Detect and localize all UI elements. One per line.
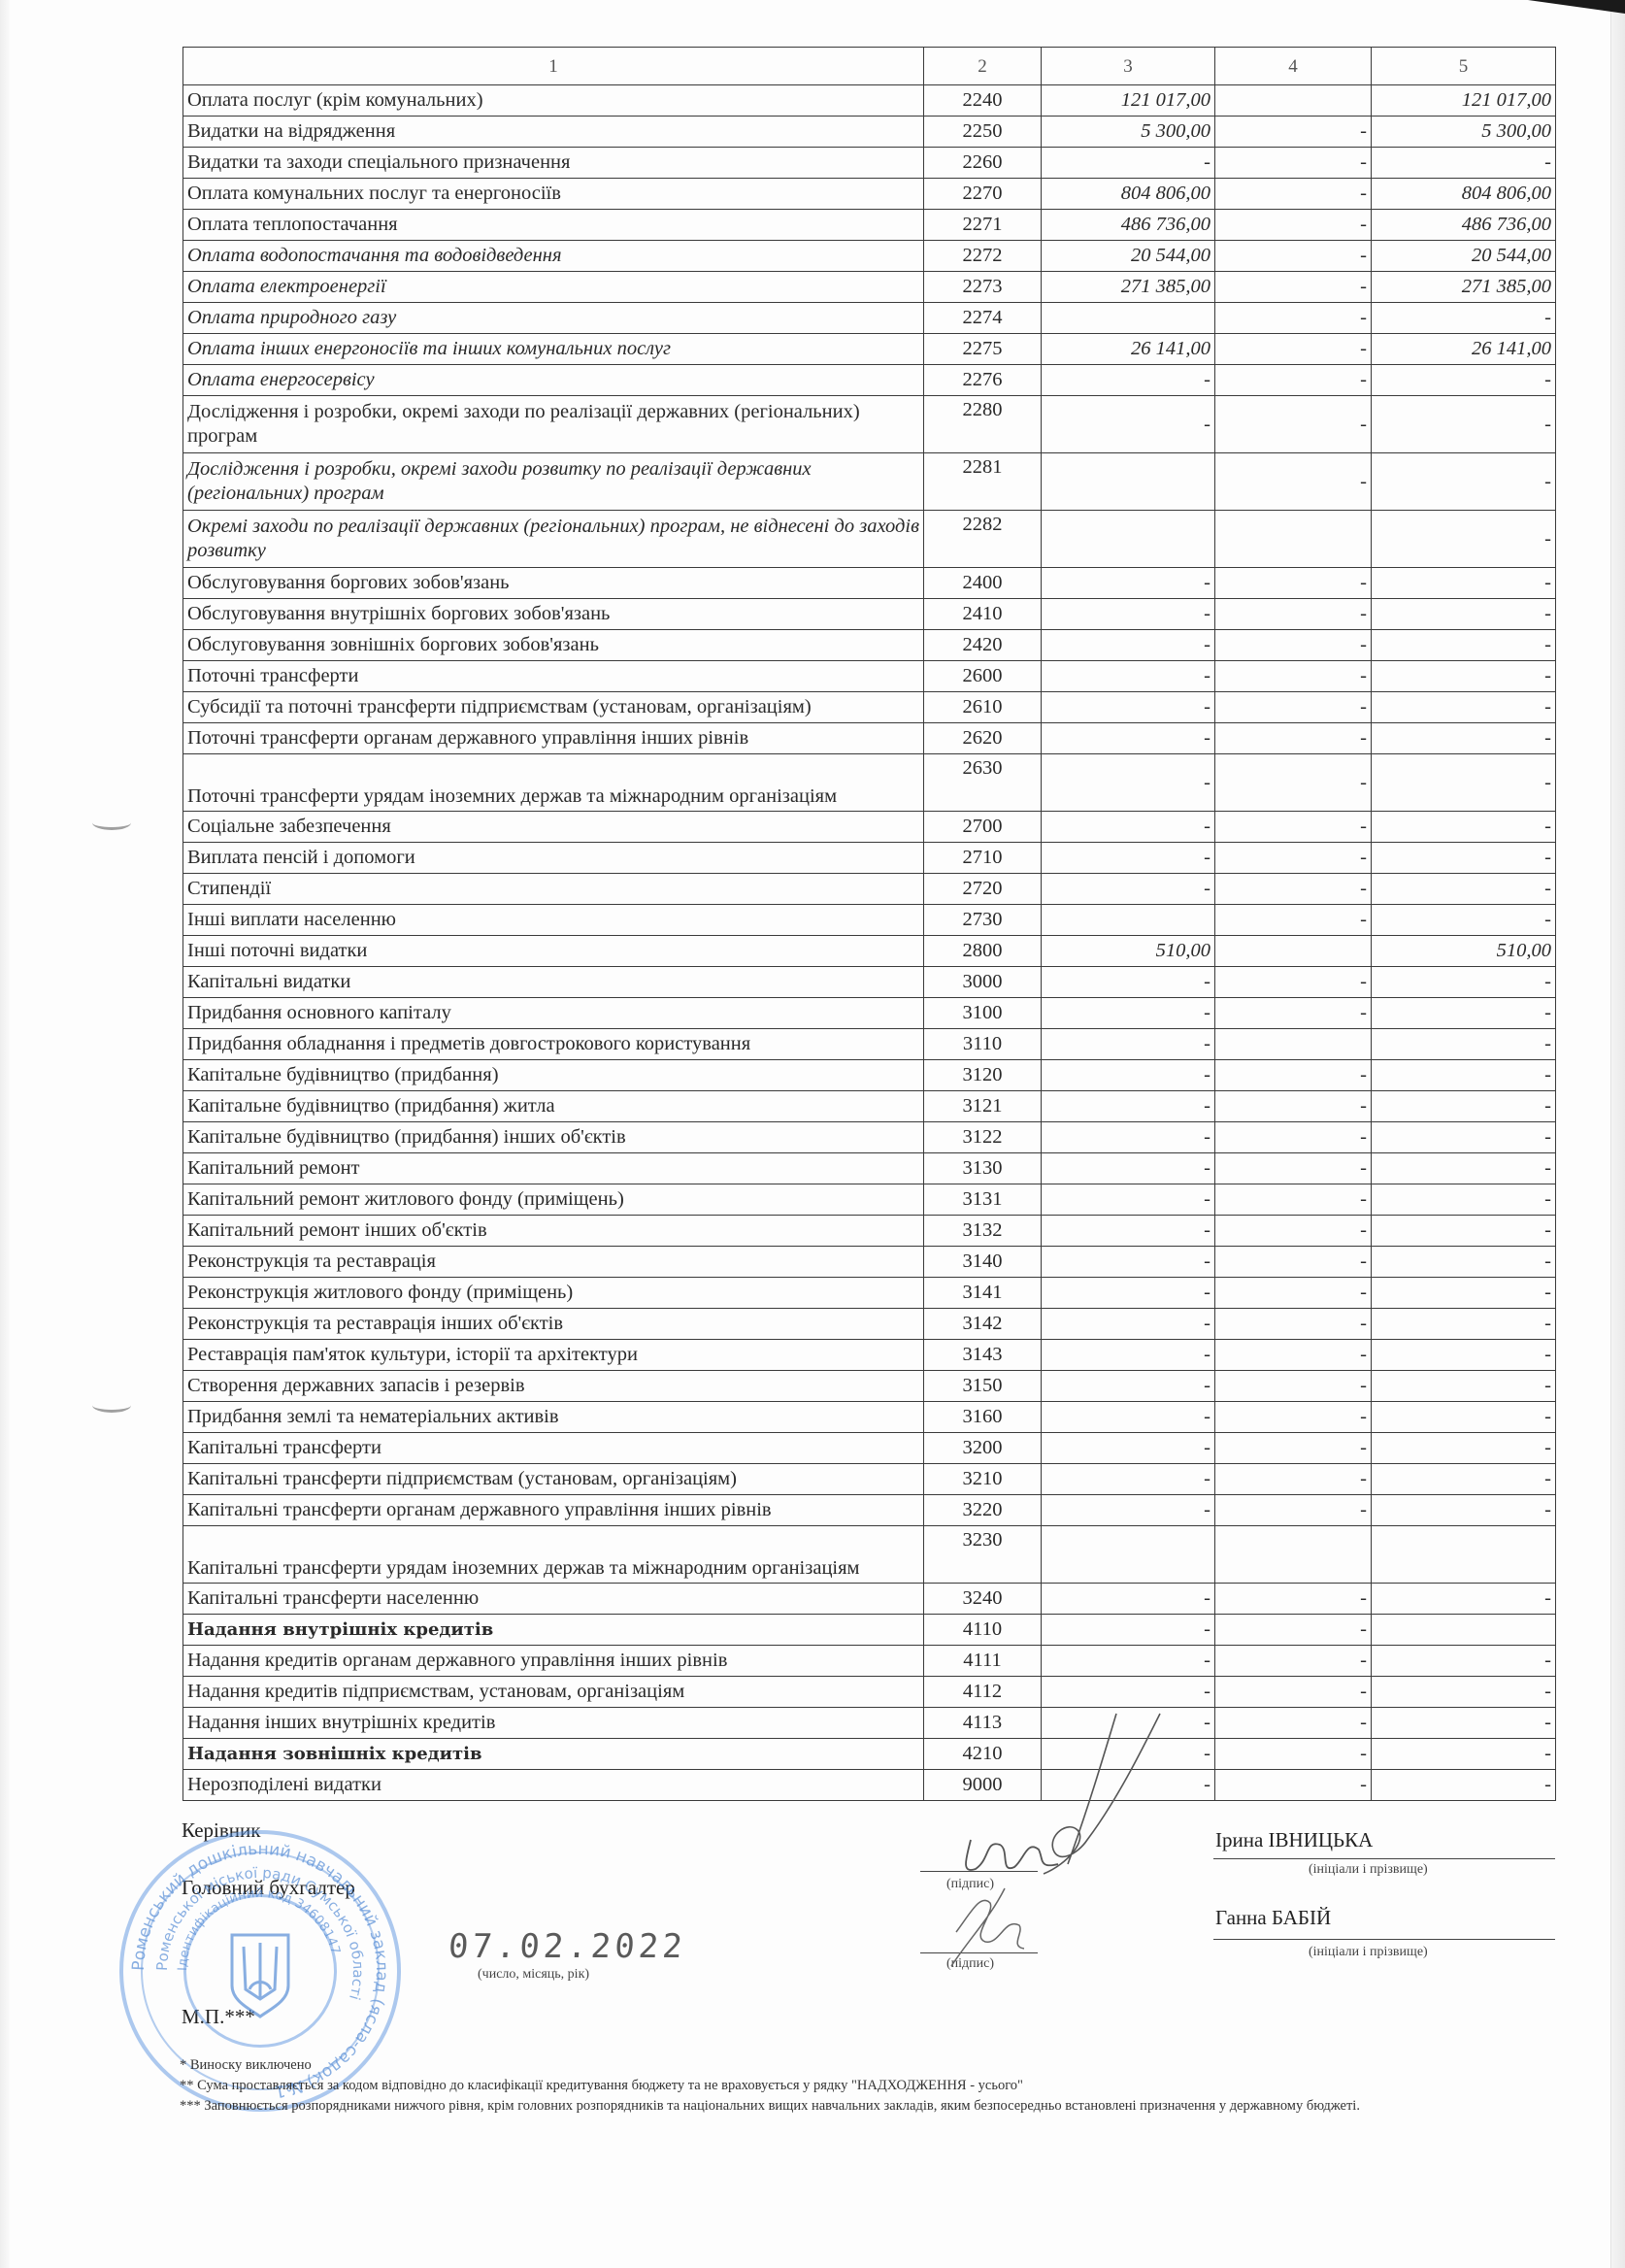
- row-value-col5: -: [1372, 1584, 1556, 1615]
- row-value-col3: -: [1042, 1309, 1215, 1340]
- row-value-col5: -: [1372, 998, 1556, 1029]
- row-value-col5: 271 385,00: [1372, 272, 1556, 303]
- row-code: 3141: [924, 1278, 1042, 1309]
- table-row: Капітальні трансферти підприємствам (уст…: [183, 1464, 1556, 1495]
- row-value-col4: -: [1215, 1495, 1372, 1526]
- column-header-1: 1: [183, 48, 924, 85]
- row-name: Капітальні трансферти населенню: [183, 1584, 924, 1615]
- table-row: Оплата теплопостачання2271486 736,00-486…: [183, 210, 1556, 241]
- row-value-col5: -: [1372, 692, 1556, 723]
- row-name: Обслуговування внутрішніх боргових зобов…: [183, 599, 924, 630]
- row-value-col4: -: [1215, 1402, 1372, 1433]
- table-row: Інші виплати населенню2730--: [183, 905, 1556, 936]
- row-value-col3: -: [1042, 1371, 1215, 1402]
- row-name: Оплата інших енергоносіїв та інших комун…: [183, 334, 924, 365]
- row-code: 4111: [924, 1646, 1042, 1677]
- row-value-col4: -: [1215, 568, 1372, 599]
- row-value-col3: -: [1042, 1091, 1215, 1122]
- row-value-col3: -: [1042, 661, 1215, 692]
- row-name: Надання інших внутрішніх кредитів: [183, 1708, 924, 1739]
- row-code: 2610: [924, 692, 1042, 723]
- row-value-col5: -: [1372, 723, 1556, 754]
- row-value-col5: -: [1372, 1708, 1556, 1739]
- row-code: 2272: [924, 241, 1042, 272]
- row-value-col3: [1042, 1526, 1215, 1584]
- row-value-col3: -: [1042, 1464, 1215, 1495]
- row-value-col5: -: [1372, 1247, 1556, 1278]
- row-code: 2274: [924, 303, 1042, 334]
- row-value-col4: -: [1215, 599, 1372, 630]
- row-name: Нерозподілені видатки: [183, 1770, 924, 1801]
- table-row: Капітальний ремонт житлового фонду (прим…: [183, 1184, 1556, 1216]
- date-handwritten: 07.02.2022: [448, 1927, 688, 1966]
- row-value-col5: -: [1372, 1739, 1556, 1770]
- row-value-col4: -: [1215, 1340, 1372, 1371]
- row-value-col4: -: [1215, 812, 1372, 843]
- row-value-col4: -: [1215, 967, 1372, 998]
- table-row: Соціальне забезпечення2700---: [183, 812, 1556, 843]
- table-row: Реконструкція та реставрація3140---: [183, 1247, 1556, 1278]
- row-value-col3: -: [1042, 1615, 1215, 1646]
- table-row: Створення державних запасів і резервів31…: [183, 1371, 1556, 1402]
- row-name: Дослідження і розробки, окремі заходи по…: [183, 396, 924, 453]
- row-value-col3: -: [1042, 754, 1215, 812]
- row-name: Капітальне будівництво (придбання): [183, 1060, 924, 1091]
- punch-mark: [92, 816, 131, 830]
- column-header-5: 5: [1372, 48, 1556, 85]
- row-value-col5: -: [1372, 1433, 1556, 1464]
- row-value-col5: -: [1372, 599, 1556, 630]
- row-value-col5: -: [1372, 396, 1556, 453]
- row-value-col4: -: [1215, 1615, 1372, 1646]
- row-value-col4: -: [1215, 1739, 1372, 1770]
- table-row: Капітальний ремонт3130---: [183, 1153, 1556, 1184]
- row-code: 2420: [924, 630, 1042, 661]
- row-value-col4: [1215, 1029, 1372, 1060]
- scan-paper-edge: [1610, 0, 1625, 2268]
- row-code: 4110: [924, 1615, 1042, 1646]
- table-row: Капітальні трансферти населенню3240---: [183, 1584, 1556, 1615]
- row-value-col4: -: [1215, 1646, 1372, 1677]
- row-value-col4: -: [1215, 723, 1372, 754]
- row-value-col3: -: [1042, 1340, 1215, 1371]
- table-row: Інші поточні видатки2800510,00510,00: [183, 936, 1556, 967]
- row-code: 2720: [924, 874, 1042, 905]
- row-value-col4: -: [1215, 1153, 1372, 1184]
- row-name: Капітальний ремонт: [183, 1153, 924, 1184]
- row-name: Обслуговування зовнішніх боргових зобов'…: [183, 630, 924, 661]
- table-row: Окремі заходи по реалізації державних (р…: [183, 511, 1556, 568]
- row-name: Створення державних запасів і резервів: [183, 1371, 924, 1402]
- row-code: 3230: [924, 1526, 1042, 1584]
- row-value-col5: -: [1372, 365, 1556, 396]
- row-code: 3130: [924, 1153, 1042, 1184]
- row-name: Придбання обладнання і предметів довгост…: [183, 1029, 924, 1060]
- table-row: Оплата енергосервісу2276---: [183, 365, 1556, 396]
- table-row: Обслуговування зовнішніх боргових зобов'…: [183, 630, 1556, 661]
- row-value-col5: -: [1372, 568, 1556, 599]
- row-code: 3132: [924, 1216, 1042, 1247]
- table-row: Нерозподілені видатки9000---: [183, 1770, 1556, 1801]
- table-row: Оплата електроенергії2273271 385,00-271 …: [183, 272, 1556, 303]
- column-header-2: 2: [924, 48, 1042, 85]
- row-value-col4: -: [1215, 905, 1372, 936]
- row-value-col4: -: [1215, 210, 1372, 241]
- accountant-name-caption: (ініціали і прізвище): [1309, 1945, 1428, 1960]
- row-value-col3: -: [1042, 843, 1215, 874]
- table-row: Поточні трансферти2600---: [183, 661, 1556, 692]
- row-value-col5: -: [1372, 1153, 1556, 1184]
- row-value-col3: -: [1042, 1153, 1215, 1184]
- table-row: Придбання обладнання і предметів довгост…: [183, 1029, 1556, 1060]
- row-value-col5: -: [1372, 967, 1556, 998]
- row-value-col3: -: [1042, 812, 1215, 843]
- table-row: Надання внутрішніх кредитів4110--: [183, 1615, 1556, 1646]
- row-value-col4: -: [1215, 998, 1372, 1029]
- row-value-col4: -: [1215, 303, 1372, 334]
- row-value-col5: -: [1372, 1091, 1556, 1122]
- row-code: 3160: [924, 1402, 1042, 1433]
- row-name: Капітальні трансферти урядам іноземних д…: [183, 1526, 924, 1584]
- row-value-col5: -: [1372, 1184, 1556, 1216]
- row-value-col4: -: [1215, 843, 1372, 874]
- row-value-col5: -: [1372, 1770, 1556, 1801]
- row-name: Капітальний ремонт житлового фонду (прим…: [183, 1184, 924, 1216]
- date-caption: (число, місяць, рік): [478, 1967, 589, 1983]
- table-row: Капітальне будівництво (придбання) житла…: [183, 1091, 1556, 1122]
- row-name: Виплата пенсій і допомоги: [183, 843, 924, 874]
- table-row: Капітальні видатки3000---: [183, 967, 1556, 998]
- row-code: 3210: [924, 1464, 1042, 1495]
- row-value-col4: -: [1215, 1122, 1372, 1153]
- row-value-col4: -: [1215, 692, 1372, 723]
- row-name: Видатки на відрядження: [183, 117, 924, 148]
- row-value-col4: -: [1215, 1309, 1372, 1340]
- row-name: Надання кредитів органам державного упра…: [183, 1646, 924, 1677]
- accountant-name-line: [1213, 1939, 1555, 1940]
- row-value-col4: -: [1215, 1060, 1372, 1091]
- table-row: Оплата послуг (крім комунальних)2240121 …: [183, 85, 1556, 117]
- row-name: Оплата природного газу: [183, 303, 924, 334]
- table-row: Обслуговування боргових зобов'язань2400-…: [183, 568, 1556, 599]
- row-value-col4: -: [1215, 365, 1372, 396]
- row-code: 3120: [924, 1060, 1042, 1091]
- row-name: Капітальне будівництво (придбання) житла: [183, 1091, 924, 1122]
- row-value-col5: [1372, 1615, 1556, 1646]
- row-value-col3: -: [1042, 365, 1215, 396]
- row-value-col5: [1372, 1526, 1556, 1584]
- row-name: Соціальне забезпечення: [183, 812, 924, 843]
- row-value-col3: 26 141,00: [1042, 334, 1215, 365]
- row-value-col3: 510,00: [1042, 936, 1215, 967]
- row-name: Інші виплати населенню: [183, 905, 924, 936]
- row-value-col5: -: [1372, 874, 1556, 905]
- row-value-col3: -: [1042, 1278, 1215, 1309]
- table-row: Придбання землі та нематеріальних активі…: [183, 1402, 1556, 1433]
- row-value-col5: -: [1372, 905, 1556, 936]
- row-value-col3: 20 544,00: [1042, 241, 1215, 272]
- row-value-col4: [1215, 936, 1372, 967]
- row-value-col3: -: [1042, 1184, 1215, 1216]
- table-row: Обслуговування внутрішніх боргових зобов…: [183, 599, 1556, 630]
- row-value-col3: -: [1042, 723, 1215, 754]
- row-value-col4: -: [1215, 754, 1372, 812]
- row-code: 2250: [924, 117, 1042, 148]
- table-row: Поточні трансферти органам державного уп…: [183, 723, 1556, 754]
- table-row: Оплата природного газу2274--: [183, 303, 1556, 334]
- table-row: Надання кредитів органам державного упра…: [183, 1646, 1556, 1677]
- row-value-col4: -: [1215, 1247, 1372, 1278]
- row-value-col5: -: [1372, 661, 1556, 692]
- table-row: Стипендії2720---: [183, 874, 1556, 905]
- row-name: Реконструкція житлового фонду (приміщень…: [183, 1278, 924, 1309]
- row-code: 2240: [924, 85, 1042, 117]
- row-value-col4: -: [1215, 453, 1372, 511]
- row-name: Оплата теплопостачання: [183, 210, 924, 241]
- row-value-col4: [1215, 85, 1372, 117]
- row-value-col5: -: [1372, 1122, 1556, 1153]
- row-value-col4: -: [1215, 661, 1372, 692]
- row-value-col5: -: [1372, 1677, 1556, 1708]
- row-code: 2260: [924, 148, 1042, 179]
- row-code: 3121: [924, 1091, 1042, 1122]
- row-value-col4: [1215, 511, 1372, 568]
- scan-corner-shadow: [1528, 0, 1625, 14]
- table-row: Капітальні трансферти урядам іноземних д…: [183, 1526, 1556, 1584]
- row-value-col5: -: [1372, 630, 1556, 661]
- row-value-col3: -: [1042, 1247, 1215, 1278]
- row-value-col3: 486 736,00: [1042, 210, 1215, 241]
- row-code: 2270: [924, 179, 1042, 210]
- row-code: 2630: [924, 754, 1042, 812]
- row-value-col3: 121 017,00: [1042, 85, 1215, 117]
- row-value-col3: [1042, 905, 1215, 936]
- row-code: 2281: [924, 453, 1042, 511]
- head-name: Ірина ІВНИЦЬКА: [1215, 1828, 1373, 1852]
- row-name: Придбання основного капіталу: [183, 998, 924, 1029]
- table-row: Поточні трансферти урядам іноземних держ…: [183, 754, 1556, 812]
- row-value-col4: -: [1215, 1677, 1372, 1708]
- row-value-col5: -: [1372, 1340, 1556, 1371]
- row-value-col3: 271 385,00: [1042, 272, 1215, 303]
- row-value-col5: -: [1372, 1060, 1556, 1091]
- table-row: Капітальні трансферти органам державного…: [183, 1495, 1556, 1526]
- row-code: 3131: [924, 1184, 1042, 1216]
- column-header-3: 3: [1042, 48, 1215, 85]
- row-code: 2410: [924, 599, 1042, 630]
- row-value-col3: -: [1042, 1402, 1215, 1433]
- table-row: Надання інших внутрішніх кредитів4113---: [183, 1708, 1556, 1739]
- row-name: Дослідження і розробки, окремі заходи ро…: [183, 453, 924, 511]
- row-name: Поточні трансферти урядам іноземних держ…: [183, 754, 924, 812]
- row-name: Інші поточні видатки: [183, 936, 924, 967]
- row-value-col3: -: [1042, 1060, 1215, 1091]
- row-value-col5: -: [1372, 812, 1556, 843]
- row-name: Капітальні трансферти підприємствам (уст…: [183, 1464, 924, 1495]
- row-value-col5: 26 141,00: [1372, 334, 1556, 365]
- row-name: Видатки та заходи спеціального призначен…: [183, 148, 924, 179]
- punch-mark: [92, 1398, 131, 1413]
- row-value-col3: [1042, 511, 1215, 568]
- row-code: 3142: [924, 1309, 1042, 1340]
- row-code: 3200: [924, 1433, 1042, 1464]
- row-value-col3: -: [1042, 1029, 1215, 1060]
- row-code: 3000: [924, 967, 1042, 998]
- row-value-col5: -: [1372, 1646, 1556, 1677]
- row-value-col3: -: [1042, 1433, 1215, 1464]
- row-value-col3: -: [1042, 599, 1215, 630]
- table-row: Дослідження і розробки, окремі заходи ро…: [183, 453, 1556, 511]
- table-row: Реконструкція житлового фонду (приміщень…: [183, 1278, 1556, 1309]
- table-row: Капітальні трансферти3200---: [183, 1433, 1556, 1464]
- row-name: Надання внутрішніх кредитів: [183, 1615, 924, 1646]
- row-value-col3: -: [1042, 1646, 1215, 1677]
- row-name: Капітальні видатки: [183, 967, 924, 998]
- row-name: Капітальні трансферти: [183, 1433, 924, 1464]
- trident-icon: [232, 1935, 288, 2017]
- row-value-col3: [1042, 453, 1215, 511]
- row-value-col5: -: [1372, 843, 1556, 874]
- row-value-col3: -: [1042, 396, 1215, 453]
- row-value-col5: -: [1372, 1216, 1556, 1247]
- row-value-col4: -: [1215, 874, 1372, 905]
- row-value-col3: -: [1042, 1495, 1215, 1526]
- row-value-col5: -: [1372, 1402, 1556, 1433]
- row-value-col5: 804 806,00: [1372, 179, 1556, 210]
- table-row: Оплата комунальних послуг та енергоносії…: [183, 179, 1556, 210]
- row-value-col3: -: [1042, 692, 1215, 723]
- row-value-col4: -: [1215, 334, 1372, 365]
- table-row: Оплата інших енергоносіїв та інших комун…: [183, 334, 1556, 365]
- row-name: Оплата енергосервісу: [183, 365, 924, 396]
- row-value-col4: -: [1215, 1091, 1372, 1122]
- row-code: 3140: [924, 1247, 1042, 1278]
- row-value-col5: -: [1372, 511, 1556, 568]
- row-value-col4: -: [1215, 1278, 1372, 1309]
- row-name: Капітальне будівництво (придбання) інших…: [183, 1122, 924, 1153]
- row-name: Капітальні трансферти органам державного…: [183, 1495, 924, 1526]
- row-name: Окремі заходи по реалізації державних (р…: [183, 511, 924, 568]
- row-code: 2273: [924, 272, 1042, 303]
- row-value-col4: -: [1215, 241, 1372, 272]
- table-row: Видатки на відрядження22505 300,00-5 300…: [183, 117, 1556, 148]
- row-code: 3220: [924, 1495, 1042, 1526]
- row-value-col4: -: [1215, 117, 1372, 148]
- table-row: Придбання основного капіталу3100---: [183, 998, 1556, 1029]
- row-value-col3: -: [1042, 967, 1215, 998]
- row-code: 2271: [924, 210, 1042, 241]
- table-row: Виплата пенсій і допомоги2710---: [183, 843, 1556, 874]
- row-code: 2710: [924, 843, 1042, 874]
- row-name: Реконструкція та реставрація: [183, 1247, 924, 1278]
- footnote-2: ** Сума проставляється за кодом відповід…: [180, 2077, 1023, 2095]
- row-value-col4: -: [1215, 1584, 1372, 1615]
- row-value-col4: -: [1215, 272, 1372, 303]
- table-row: Надання кредитів підприємствам, установа…: [183, 1677, 1556, 1708]
- row-code: 3143: [924, 1340, 1042, 1371]
- table-row: Оплата водопостачання та водовідведення2…: [183, 241, 1556, 272]
- footnote-1: * Виноску виключено: [180, 2056, 312, 2075]
- row-value-col5: 20 544,00: [1372, 241, 1556, 272]
- handwritten-signatures: [932, 1694, 1184, 1985]
- row-code: 2282: [924, 511, 1042, 568]
- accountant-name: Ганна БАБІЙ: [1215, 1906, 1331, 1930]
- row-value-col4: -: [1215, 1433, 1372, 1464]
- table-row: Капітальний ремонт інших об'єктів3132---: [183, 1216, 1556, 1247]
- row-value-col5: 486 736,00: [1372, 210, 1556, 241]
- row-value-col5: 510,00: [1372, 936, 1556, 967]
- row-name: Поточні трансферти: [183, 661, 924, 692]
- table-row: Дослідження і розробки, окремі заходи по…: [183, 396, 1556, 453]
- row-value-col4: -: [1215, 179, 1372, 210]
- row-value-col3: 5 300,00: [1042, 117, 1215, 148]
- scan-left-edge: [0, 0, 10, 2268]
- row-value-col4: -: [1215, 1464, 1372, 1495]
- row-value-col4: -: [1215, 630, 1372, 661]
- row-value-col3: -: [1042, 1584, 1215, 1615]
- table-row: Реконструкція та реставрація інших об'єк…: [183, 1309, 1556, 1340]
- table-row: Реставрація пам'яток культури, історії т…: [183, 1340, 1556, 1371]
- row-code: 2400: [924, 568, 1042, 599]
- row-code: 2700: [924, 812, 1042, 843]
- row-code: 2275: [924, 334, 1042, 365]
- row-code: 2280: [924, 396, 1042, 453]
- table-header-row: 1 2 3 4 5: [183, 48, 1556, 85]
- row-value-col4: -: [1215, 1770, 1372, 1801]
- row-name: Реставрація пам'яток культури, історії т…: [183, 1340, 924, 1371]
- table-row: Субсидії та поточні трансферти підприємс…: [183, 692, 1556, 723]
- row-value-col5: -: [1372, 754, 1556, 812]
- row-value-col4: -: [1215, 1708, 1372, 1739]
- row-value-col5: -: [1372, 1464, 1556, 1495]
- row-value-col3: -: [1042, 1122, 1215, 1153]
- row-name: Капітальний ремонт інших об'єктів: [183, 1216, 924, 1247]
- row-value-col3: 804 806,00: [1042, 179, 1215, 210]
- row-code: 2276: [924, 365, 1042, 396]
- row-value-col4: -: [1215, 1216, 1372, 1247]
- row-value-col3: -: [1042, 998, 1215, 1029]
- row-value-col5: -: [1372, 1371, 1556, 1402]
- row-value-col5: -: [1372, 1278, 1556, 1309]
- row-name: Надання кредитів підприємствам, установа…: [183, 1677, 924, 1708]
- expenditure-table: 1 2 3 4 5 Оплата послуг (крім комунальни…: [182, 47, 1556, 1801]
- row-value-col4: -: [1215, 1184, 1372, 1216]
- row-value-col4: [1215, 1526, 1372, 1584]
- row-value-col5: -: [1372, 1495, 1556, 1526]
- row-value-col4: -: [1215, 396, 1372, 453]
- row-name: Придбання землі та нематеріальних активі…: [183, 1402, 924, 1433]
- row-name: Надання зовнішніх кредитів: [183, 1739, 924, 1770]
- row-code: 2730: [924, 905, 1042, 936]
- row-value-col5: -: [1372, 1029, 1556, 1060]
- row-code: 3122: [924, 1122, 1042, 1153]
- row-value-col3: -: [1042, 148, 1215, 179]
- row-name: Обслуговування боргових зобов'язань: [183, 568, 924, 599]
- column-header-4: 4: [1215, 48, 1372, 85]
- row-name: Оплата водопостачання та водовідведення: [183, 241, 924, 272]
- row-value-col5: 121 017,00: [1372, 85, 1556, 117]
- row-name: Оплата послуг (крім комунальних): [183, 85, 924, 117]
- head-name-caption: (ініціали і прізвище): [1309, 1862, 1428, 1878]
- row-name: Поточні трансферти органам державного уп…: [183, 723, 924, 754]
- table-row: Надання зовнішніх кредитів4210---: [183, 1739, 1556, 1770]
- row-value-col3: [1042, 303, 1215, 334]
- row-code: 2800: [924, 936, 1042, 967]
- row-name: Реконструкція та реставрація інших об'єк…: [183, 1309, 924, 1340]
- row-value-col3: -: [1042, 874, 1215, 905]
- row-value-col5: -: [1372, 148, 1556, 179]
- table-row: Видатки та заходи спеціального призначен…: [183, 148, 1556, 179]
